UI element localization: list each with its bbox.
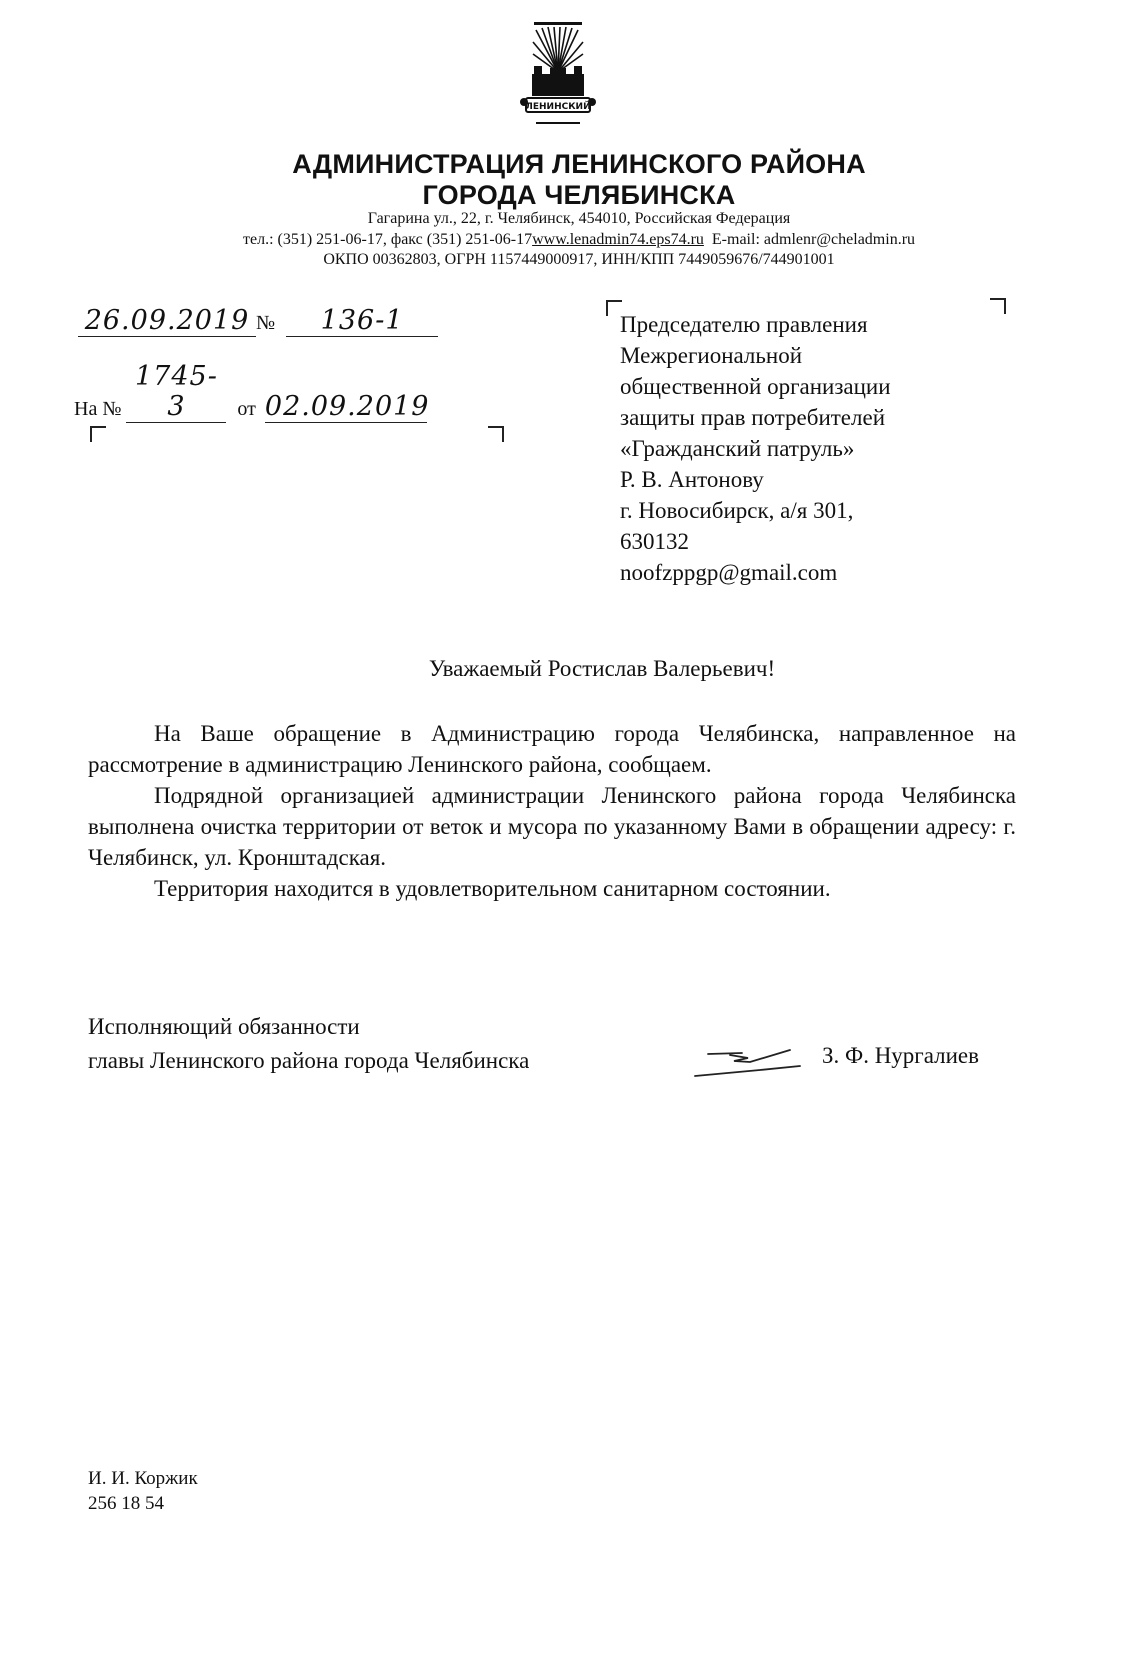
- addressee-line: «Гражданский патруль»: [620, 433, 891, 464]
- addressee-bracket-right: [990, 298, 1006, 314]
- addressee-line: Р. В. Антонову: [620, 464, 891, 495]
- body-paragraph: Подрядной организацией администрации Лен…: [88, 780, 1016, 873]
- organization-title-line1: АДМИНИСТРАЦИЯ ЛЕНИНСКОГО РАЙОНА: [0, 149, 1144, 180]
- organization-contacts: тел.: (351) 251-06-17, факс (351) 251-06…: [0, 230, 1144, 249]
- organization-registry: ОКПО 00362803, ОГРН 1157449000917, ИНН/К…: [0, 250, 1144, 269]
- svg-text:ЛЕНИНСКИЙ: ЛЕНИНСКИЙ: [525, 100, 590, 112]
- addressee-line: Председателю правления: [620, 309, 891, 340]
- lenin-district-emblem-icon: ЛЕНИНСКИЙ: [520, 22, 596, 134]
- addressee-line: г. Новосибирск, а/я 301,: [620, 495, 891, 526]
- addressee-line: общественной организации: [620, 371, 891, 402]
- salutation: Уважаемый Ростислав Валерьевич!: [0, 656, 1144, 682]
- position-line2: главы Ленинского района города Челябинск…: [88, 1044, 529, 1078]
- executor-name: И. И. Коржик: [88, 1466, 198, 1491]
- phone-fax: тел.: (351) 251-06-17, факс (351) 251-06…: [243, 231, 532, 248]
- executor-phone: 256 18 54: [88, 1491, 198, 1516]
- handwritten-signature-icon: [690, 1040, 810, 1085]
- in-reply-label: На №: [74, 398, 121, 420]
- in-reply-reference: На № 1745-3 от 02.09.2019: [74, 362, 427, 423]
- number-label: №: [256, 312, 275, 334]
- letter-body: На Ваше обращение в Администрацию города…: [88, 718, 1016, 904]
- addressee-line: 630132: [620, 526, 891, 557]
- email-label: E-mail:: [712, 231, 764, 248]
- organization-address: Гагарина ул., 22, г. Челябинск, 454010, …: [0, 209, 1144, 228]
- email-address: admlenr@cheladmin.ru: [764, 231, 915, 248]
- from-label: от: [237, 398, 255, 420]
- subject-bracket-right: [488, 426, 504, 442]
- position-line1: Исполняющий обязанности: [88, 1010, 529, 1044]
- in-reply-date: 02.09.2019: [265, 392, 427, 423]
- subject-bracket-left: [90, 426, 106, 442]
- signatory-position: Исполняющий обязанности главы Ленинского…: [88, 1010, 529, 1078]
- in-reply-number: 1745-3: [126, 362, 226, 423]
- addressee-line: защиты прав потребителей: [620, 402, 891, 433]
- outgoing-number: 136-1: [286, 306, 438, 337]
- website-link[interactable]: www.lenadmin74.eps74.ru: [532, 231, 704, 248]
- addressee-block: Председателю правления Межрегиональной о…: [620, 309, 891, 588]
- addressee-line: Межрегиональной: [620, 340, 891, 371]
- executor-info: И. И. Коржик 256 18 54: [88, 1466, 198, 1516]
- organization-title-line2: ГОРОДА ЧЕЛЯБИНСКА: [0, 180, 1144, 211]
- outgoing-date: 26.09.2019: [78, 306, 256, 337]
- signer-name: З. Ф. Нургалиев: [822, 1043, 979, 1069]
- body-paragraph: На Ваше обращение в Администрацию города…: [88, 718, 1016, 780]
- body-paragraph: Территория находится в удовлетворительно…: [88, 873, 1016, 904]
- addressee-email: noofzppgp@gmail.com: [620, 557, 891, 588]
- outgoing-reference: 26.09.2019№ 136-1: [78, 306, 438, 337]
